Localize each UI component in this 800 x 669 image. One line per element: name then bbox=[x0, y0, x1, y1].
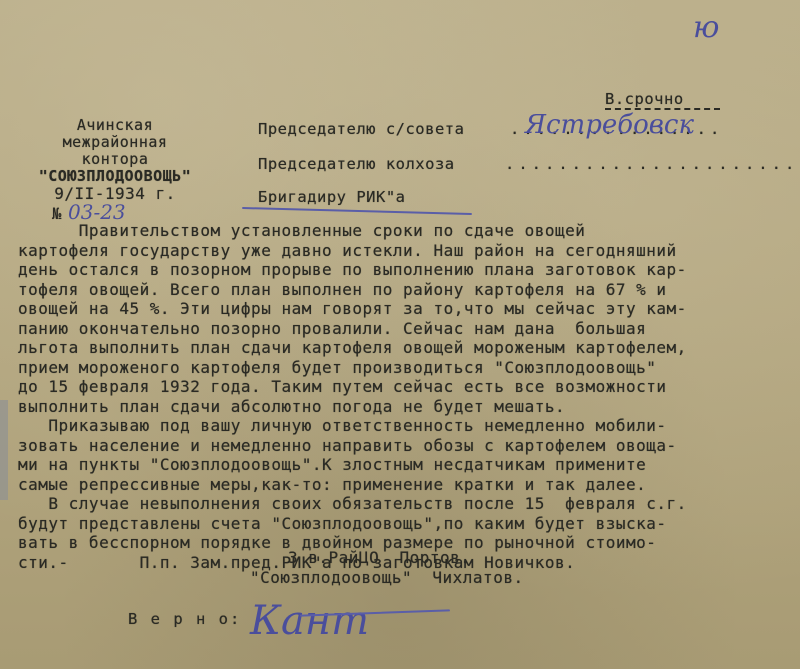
urgency-label: В.срочно bbox=[605, 90, 684, 108]
sender-block: Ачинская межрайонная контора "СОЮЗПЛОДОО… bbox=[20, 117, 210, 202]
body-line: зовать население и немедленно направить … bbox=[18, 436, 687, 456]
body-line: Правительством установленные сроки по сд… bbox=[18, 221, 687, 241]
verified-signature: Кант bbox=[250, 598, 369, 644]
body-text: Правительством установленные сроки по сд… bbox=[18, 221, 687, 572]
signature-soyuzplodoovoshch: "Союзплодоовощь" Чихлатов. bbox=[250, 568, 524, 587]
body-line: выполнить план сдачи абсолютно погода не… bbox=[18, 397, 687, 417]
scan-edge bbox=[0, 400, 8, 500]
body-line: льгота выполнить план сдачи картофеля ов… bbox=[18, 338, 687, 358]
body-line: прием мороженого картофеля будет произво… bbox=[18, 358, 687, 378]
sender-line-org-name: "СОЮЗПЛОДООВОЩЬ" bbox=[20, 168, 210, 185]
addressee-village-council: Председателю с/совета bbox=[258, 120, 464, 138]
body-line: тофеля овощей. Всего план выполнен по ра… bbox=[18, 280, 687, 300]
addressee-kolkhoz: Председателю колхоза bbox=[258, 155, 455, 173]
addressee-brigadier: Бригадиру РИК"а bbox=[258, 188, 405, 206]
verified-label: В е р н о: bbox=[128, 610, 241, 628]
addressee-village-council-handwritten: Ястребовск bbox=[525, 110, 694, 140]
body-line: картофеля государству уже давно истекли.… bbox=[18, 241, 687, 261]
signature-raizo: З в.РайЦО Портов. bbox=[288, 548, 470, 567]
sender-line-office: контора bbox=[20, 151, 210, 168]
body-line: самые репрессивные меры,как-то: применен… bbox=[18, 475, 687, 495]
corner-handwritten-mark: ю bbox=[693, 10, 719, 45]
sender-line-district: межрайонная bbox=[20, 134, 210, 151]
sender-line-city: Ачинская bbox=[20, 117, 210, 134]
body-line: панию окончательно позорно провалили. Се… bbox=[18, 319, 687, 339]
body-line: день остался в позорном прорыве по выпол… bbox=[18, 260, 687, 280]
body-line: будут представлены счета "Союзплодоовощь… bbox=[18, 514, 687, 534]
body-line: овощей на 45 %. Эти цифры нам говорят за… bbox=[18, 299, 687, 319]
body-line: ми на пункты "Союзплодоовощь".К злостным… bbox=[18, 455, 687, 475]
addressee-kolkhoz-dots: ...................... bbox=[505, 155, 798, 173]
body-line: В случае невыполнения своих обязательств… bbox=[18, 494, 687, 514]
body-line: Приказываю под вашу личную ответственнос… bbox=[18, 416, 687, 436]
body-line: до 15 февраля 1932 года. Таким путем сей… bbox=[18, 377, 687, 397]
